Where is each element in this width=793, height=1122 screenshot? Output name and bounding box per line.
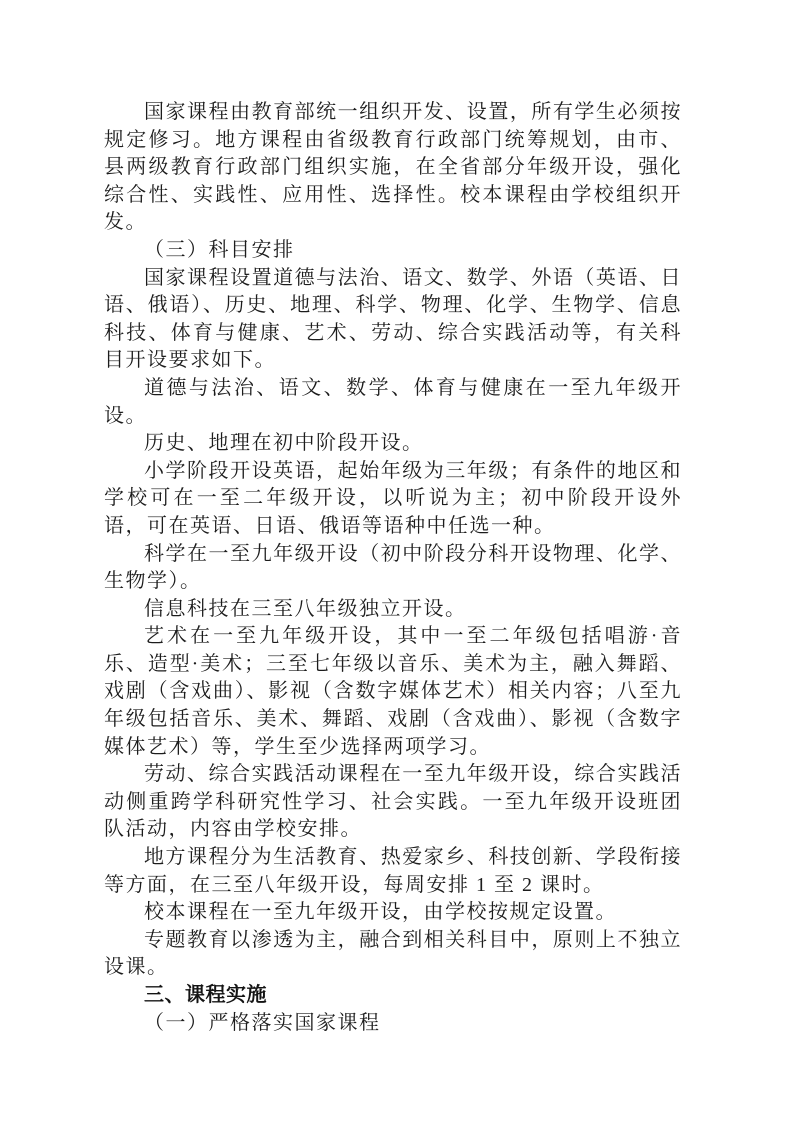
paragraph-history-geography: 历史、地理在初中阶段开设。 xyxy=(104,430,682,458)
paragraph-morality-chinese-math-pe: 道德与法治、语文、数学、体育与健康在一至九年级开设。 xyxy=(104,375,682,430)
paragraph-school-curriculum: 校本课程在一至九年级开设，由学校按规定设置。 xyxy=(104,899,682,927)
paragraph-thematic-education: 专题教育以渗透为主，融合到相关科目中，原则上不独立设课。 xyxy=(104,927,682,982)
heading-curriculum-implementation: 三、课程实施 xyxy=(104,982,682,1010)
paragraph-subject-list: 国家课程设置道德与法治、语文、数学、外语（英语、日语、俄语）、历史、地理、科学、… xyxy=(104,265,682,375)
paragraph-science: 科学在一至九年级开设（初中阶段分科开设物理、化学、生物学）。 xyxy=(104,541,682,596)
paragraph-local-curriculum: 地方课程分为生活教育、热爱家乡、科技创新、学段衔接等方面，在三至八年级开设，每周… xyxy=(104,844,682,899)
document-page: 国家课程由教育部统一组织开发、设置，所有学生必须按规定修习。地方课程由省级教育行… xyxy=(0,0,793,1122)
subheading-implement-national-curriculum: （一）严格落实国家课程 xyxy=(104,1010,682,1038)
paragraph-information-technology: 信息科技在三至八年级独立开设。 xyxy=(104,596,682,624)
paragraph-foreign-language: 小学阶段开设英语，起始年级为三年级；有条件的地区和学校可在一至二年级开设，以听说… xyxy=(104,458,682,541)
paragraph-national-curriculum: 国家课程由教育部统一组织开发、设置，所有学生必须按规定修习。地方课程由省级教育行… xyxy=(104,99,682,237)
document-body: 国家课程由教育部统一组织开发、设置，所有学生必须按规定修习。地方课程由省级教育行… xyxy=(104,99,682,1037)
paragraph-labor-practice: 劳动、综合实践活动课程在一至九年级开设，综合实践活动侧重跨学科研究性学习、社会实… xyxy=(104,761,682,844)
subheading-subject-arrangement: （三）科目安排 xyxy=(104,237,682,265)
paragraph-arts: 艺术在一至九年级开设，其中一至二年级包括唱游·音乐、造型·美术；三至七年级以音乐… xyxy=(104,623,682,761)
